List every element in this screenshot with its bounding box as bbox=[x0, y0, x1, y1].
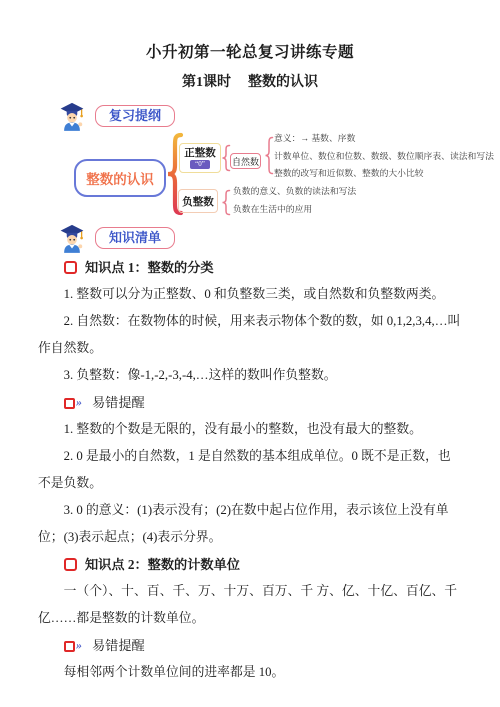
reminder-arrow-icon: » bbox=[76, 632, 82, 659]
graduate-mascot-icon bbox=[58, 223, 86, 253]
negative-number-items: 负数的意义、负数的读法和写法 负数在生活中的应用 bbox=[233, 183, 356, 218]
mindmap-item: 整数的改写和近似数、整数的大小比较 bbox=[274, 165, 494, 183]
knowledge-list-header: 知识清单 bbox=[58, 224, 462, 252]
lesson-subtitle: 第1课时 整数的认识 bbox=[38, 72, 462, 94]
knowledge-point-icon bbox=[64, 261, 77, 274]
paragraph: 每相邻两个计数单位间的进率都是 10。 bbox=[38, 659, 462, 686]
reminder-icon: » bbox=[64, 639, 84, 653]
paragraph: 2. 0 是最小的自然数，1 是自然数的基本组成单位。0 既不是正数，也不是负数… bbox=[38, 443, 462, 497]
paragraph: 2. 自然数：在数物体的时候，用来表示物体个数的数，如 0,1,2,3,4,…叫… bbox=[38, 308, 462, 362]
natural-number-items: 意义：→ 基数、序数 计数单位、数位和位数、数级、数位顺序表、读法和写法 整数的… bbox=[274, 130, 494, 183]
zero-chip: “0” bbox=[190, 160, 210, 169]
reminder-2-title: 易错提醒 bbox=[92, 632, 145, 659]
paragraph: 1. 整数的个数是无限的，没有最小的整数，也没有最大的整数。 bbox=[38, 416, 462, 443]
mindmap-item: 负数的意义、负数的读法和写法 bbox=[233, 183, 356, 201]
knowledge-point-2-title: 知识点 2：整数的计数单位 bbox=[85, 551, 240, 578]
worksheet-page: 小升初第一轮总复习讲练专题 第1课时 整数的认识 复习提纲 整数的认识 bbox=[0, 0, 500, 707]
integer-mindmap: 整数的认识 正整数 “0” 自然数 意义：→ 基数、序数 计数单位、数 bbox=[0, 130, 500, 222]
knowledge-point-2-heading: 知识点 2：整数的计数单位 bbox=[64, 551, 462, 578]
reminder-1-heading: » 易错提醒 bbox=[64, 389, 462, 416]
review-outline-header: 复习提纲 bbox=[58, 102, 462, 130]
reminder-square-icon bbox=[64, 398, 75, 409]
negative-brace-icon bbox=[221, 189, 231, 216]
mindmap-item: 计数单位、数位和位数、数级、数位顺序表、读法和写法 bbox=[274, 148, 494, 166]
natural-brace-icon bbox=[264, 136, 274, 175]
paragraph: 3. 负整数：像-1,-2,-3,-4,…这样的数叫作负整数。 bbox=[38, 362, 462, 389]
reminder-icon: » bbox=[64, 396, 84, 410]
review-outline-badge: 复习提纲 bbox=[95, 105, 175, 127]
positive-integer-node: 正整数 “0” bbox=[179, 143, 221, 173]
natural-number-node: 自然数 bbox=[230, 153, 261, 169]
reminder-arrow-icon: » bbox=[76, 389, 82, 416]
reminder-1-title: 易错提醒 bbox=[92, 389, 145, 416]
reminder-square-icon bbox=[64, 641, 75, 652]
mindmap-root-node: 整数的认识 bbox=[74, 159, 166, 197]
paragraph: 1. 整数可以分为正整数、0 和负整数三类，或自然数和负整数两类。 bbox=[38, 281, 462, 308]
knowledge-point-icon bbox=[64, 558, 77, 571]
lesson-number: 第1课时 bbox=[182, 72, 231, 94]
lesson-name: 整数的认识 bbox=[248, 72, 318, 94]
paragraph: 3. 0 的意义：(1)表示没有；(2)在数中起占位作用，表示该位上没有单位；(… bbox=[38, 497, 462, 551]
page-title: 小升初第一轮总复习讲练专题 bbox=[38, 42, 462, 64]
positive-integer-label: 正整数 bbox=[184, 148, 216, 159]
knowledge-point-1-title: 知识点 1：整数的分类 bbox=[85, 254, 214, 281]
reminder-2-heading: » 易错提醒 bbox=[64, 632, 462, 659]
knowledge-content: 知识点 1：整数的分类 1. 整数可以分为正整数、0 和负整数三类，或自然数和负… bbox=[38, 254, 462, 686]
mindmap-item: 意义：→ 基数、序数 bbox=[274, 130, 494, 148]
negative-integer-node: 负整数 bbox=[178, 189, 218, 213]
mindmap-item: 负数在生活中的应用 bbox=[233, 201, 356, 219]
paragraph: 一（个）、十、百、千、万、十万、百万、千 方、亿、十亿、百亿、千亿……都是整数的… bbox=[38, 578, 462, 632]
knowledge-list-badge: 知识清单 bbox=[95, 227, 175, 249]
graduate-mascot-icon bbox=[58, 101, 86, 131]
knowledge-point-1-heading: 知识点 1：整数的分类 bbox=[64, 254, 462, 281]
